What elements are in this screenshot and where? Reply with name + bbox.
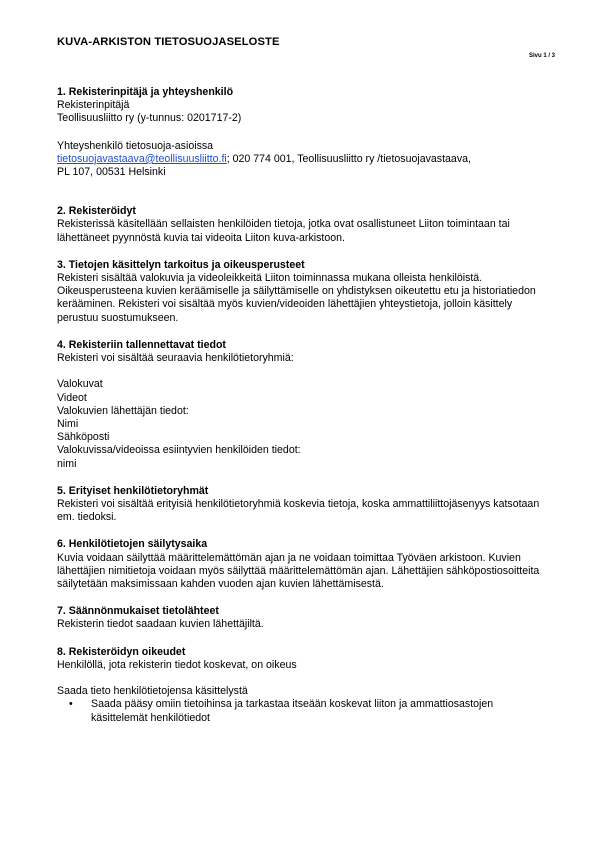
data-category: Valokuvat: [57, 378, 547, 391]
section-special-categories: 5. Erityiset henkilötietoryhmät Rekister…: [57, 485, 547, 525]
section-rights: 8. Rekisteröidyn oikeudet Henkilöllä, jo…: [57, 646, 547, 725]
controller-value: Teollisuusliitto ry (y-tunnus: 0201717-2…: [57, 112, 547, 125]
section-heading: 4. Rekisteriin tallennettavat tiedot: [57, 339, 547, 352]
contact-address: PL 107, 00531 Helsinki: [57, 166, 547, 179]
document-body: 1. Rekisterinpitäjä ja yhteyshenkilö Rek…: [57, 86, 547, 725]
rights-sub-intro: Saada tieto henkilötietojensa käsittelys…: [57, 685, 547, 698]
data-category: Videot: [57, 392, 547, 405]
data-category: Valokuvien lähettäjän tiedot:: [57, 405, 547, 418]
section-controller: 1. Rekisterinpitäjä ja yhteyshenkilö Rek…: [57, 86, 547, 179]
section-retention: 6. Henkilötietojen säilytysaika Kuvia vo…: [57, 538, 547, 591]
controller-label: Rekisterinpitäjä: [57, 99, 547, 112]
data-category: Sähköposti: [57, 431, 547, 444]
data-category: nimi: [57, 458, 547, 471]
section-sources: 7. Säännönmukaiset tietolähteet Rekister…: [57, 605, 547, 631]
section-heading: 7. Säännönmukaiset tietolähteet: [57, 605, 547, 618]
contact-details: ; 020 774 001, Teollisuusliitto ry /tiet…: [227, 153, 471, 165]
section-purpose: 3. Tietojen käsittelyn tarkoitus ja oike…: [57, 259, 547, 325]
section-data-subjects: 2. Rekisteröidyt Rekisterissä käsitellää…: [57, 205, 547, 245]
section-heading: 3. Tietojen käsittelyn tarkoitus ja oike…: [57, 259, 547, 272]
section-heading: 6. Henkilötietojen säilytysaika: [57, 538, 547, 551]
section-heading: 5. Erityiset henkilötietoryhmät: [57, 485, 547, 498]
section-body: Rekisterin tiedot saadaan kuvien lähettä…: [57, 618, 547, 631]
section-intro: Henkilöllä, jota rekisterin tiedot koske…: [57, 659, 547, 672]
document-title: KUVA-ARKISTON TIETOSUOJASELOSTE: [57, 36, 280, 48]
contact-email-link[interactable]: tietosuojavastaava@teollisuusliitto.fi: [57, 153, 227, 165]
rights-list: Saada pääsy omiin tietoihinsa ja tarkast…: [57, 698, 547, 724]
section-heading: 1. Rekisterinpitäjä ja yhteyshenkilö: [57, 86, 547, 99]
section-body: Rekisterissä käsitellään sellaisten henk…: [57, 218, 547, 244]
rights-list-item: Saada pääsy omiin tietoihinsa ja tarkast…: [91, 698, 547, 724]
contact-label: Yhteyshenkilö tietosuoja-asioissa: [57, 140, 547, 153]
contact-line: tietosuojavastaava@teollisuusliitto.fi; …: [57, 153, 547, 166]
section-body: Rekisteri sisältää valokuvia ja videolei…: [57, 272, 547, 325]
data-category: Valokuvissa/videoissa esiintyvien henkil…: [57, 444, 547, 457]
section-body: Kuvia voidaan säilyttää määrittelemättöm…: [57, 552, 547, 592]
section-heading: 2. Rekisteröidyt: [57, 205, 547, 218]
page-indicator: Sivu 1 / 3: [529, 53, 555, 59]
data-category: Nimi: [57, 418, 547, 431]
section-body: Rekisteri voi sisältää erityisiä henkilö…: [57, 498, 547, 524]
section-stored-data: 4. Rekisteriin tallennettavat tiedot Rek…: [57, 339, 547, 471]
section-intro: Rekisteri voi sisältää seuraavia henkilö…: [57, 352, 547, 365]
section-heading: 8. Rekisteröidyn oikeudet: [57, 646, 547, 659]
